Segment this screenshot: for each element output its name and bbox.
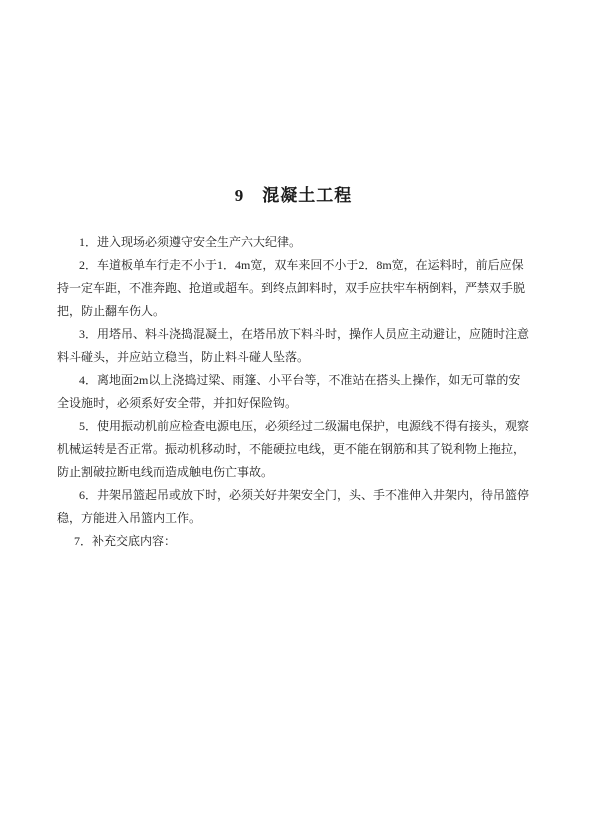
document-page: 9混凝土工程 1．进入现场必须遵守安全生产六大纪律。 2．车道板单车行走不小于1… <box>0 0 590 835</box>
item-7-line-1: 7．补充交底内容： <box>57 530 533 553</box>
section-title-text: 混凝土工程 <box>262 186 352 205</box>
item-3-line-1: 3．用塔吊、料斗浇捣混凝土，在塔吊放下料斗时，操作人员应主动避让，应随时注意 <box>57 323 533 346</box>
item-2-line-2: 持一定车距，不准奔跑、抢道或超车。到终点卸料时，双手应扶牢车柄倒料，严禁双手脱 <box>57 277 533 300</box>
item-3-line-2: 料斗碰头，并应站立稳当，防止料斗碰人坠落。 <box>57 346 533 369</box>
item-5-line-2: 机械运转是否正常。振动机移动时，不能硬拉电线，更不能在钢筋和其了锐利物上拖拉， <box>57 438 533 461</box>
item-2-line-1: 2．车道板单车行走不小于1．4m宽，双车来回不小于2．8m宽，在运料时，前后应保 <box>57 254 533 277</box>
item-4-line-1: 4．离地面2m以上浇捣过梁、雨篷、小平台等，不准站在搭头上操作，如无可靠的安 <box>57 369 533 392</box>
page-title: 9混凝土工程 <box>57 181 530 206</box>
item-5-line-3: 防止割破拉断电线而造成触电伤亡事故。 <box>57 461 533 484</box>
section-number: 9 <box>235 186 245 205</box>
document-body: 1．进入现场必须遵守安全生产六大纪律。 2．车道板单车行走不小于1．4m宽，双车… <box>57 231 533 553</box>
item-4-line-2: 全设施时，必须系好安全带，并扣好保险钩。 <box>57 392 533 415</box>
item-6-line-1: 6．井架吊篮起吊或放下时，必须关好井架安全门，头、手不准伸入井架内，待吊篮停 <box>57 484 533 507</box>
item-5-line-1: 5．使用振动机前应检查电源电压，必须经过二级漏电保护，电源线不得有接头，观察 <box>57 415 533 438</box>
item-1-line-1: 1．进入现场必须遵守安全生产六大纪律。 <box>57 231 533 254</box>
item-6-line-2: 稳，方能进入吊篮内工作。 <box>57 507 533 530</box>
item-2-line-3: 把，防止翻车伤人。 <box>57 300 533 323</box>
